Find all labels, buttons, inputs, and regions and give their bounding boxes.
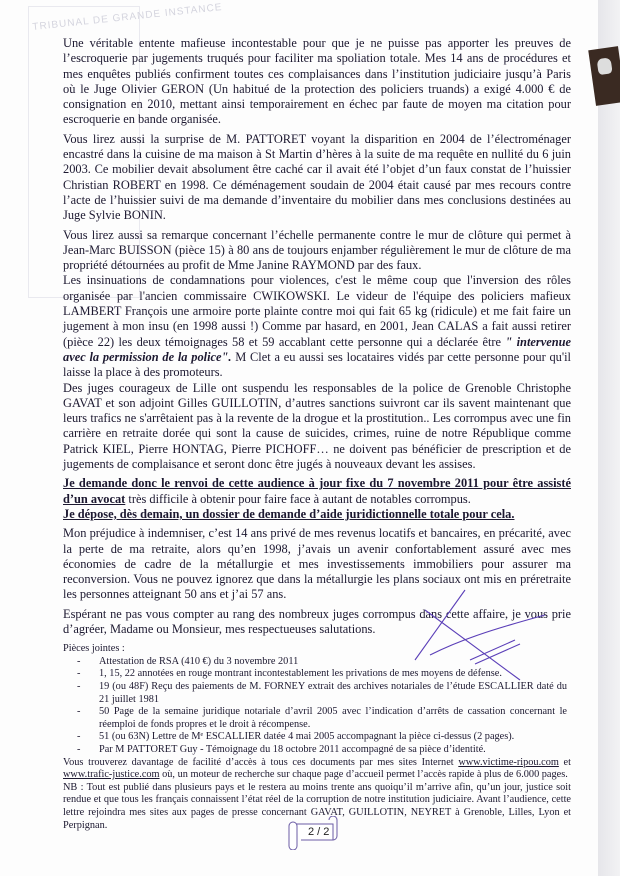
paragraph-7: Je dépose, dès demain, un dossier de dem… bbox=[63, 507, 571, 522]
paragraph-6: Je demande donc le renvoi de cette audie… bbox=[63, 476, 571, 507]
page-number-scroll: 2 / 2 bbox=[283, 816, 343, 850]
websites-note: Vous trouverez davantage de facilité d’a… bbox=[63, 757, 571, 782]
adjacent-page-edge bbox=[598, 0, 620, 876]
websites-text: Vous trouverez davantage de facilité d’a… bbox=[63, 757, 458, 768]
scanned-page: TRIBUNAL DE GRANDE INSTANCE Une véritabl… bbox=[0, 0, 599, 876]
paragraph-3: Vous lirez aussi sa remarque concernant … bbox=[63, 228, 571, 274]
letter-body: Une véritable entente mafieuse incontest… bbox=[63, 36, 571, 832]
paragraph-6-rest: très difficile à obtenir pour faire face… bbox=[125, 492, 471, 506]
attachment-item: 50 Page de la semaine juridique notarial… bbox=[63, 706, 571, 731]
attachment-item: Par M PATTORET Guy - Témoignage du 18 oc… bbox=[63, 744, 571, 757]
paragraph-1: Une véritable entente mafieuse incontest… bbox=[63, 36, 571, 128]
paragraph-2: Vous lirez aussi la surprise de M. PATTO… bbox=[63, 132, 571, 224]
paragraph-4-text: Les insinuations de condamnations pour v… bbox=[63, 273, 571, 348]
paragraph-4: Les insinuations de condamnations pour v… bbox=[63, 273, 571, 380]
site-link-victime-ripou[interactable]: www.victime-ripou.com bbox=[458, 757, 559, 768]
page-number: 2 / 2 bbox=[308, 826, 329, 838]
signature-icon bbox=[370, 580, 570, 690]
websites-and: et bbox=[559, 757, 571, 768]
attachment-item: 51 (ou 63N) Lettre de Mᵉ ESCALLIER datée… bbox=[63, 731, 571, 744]
site-link-trafic-justice[interactable]: www.trafic-justice.com bbox=[63, 769, 160, 780]
legal-aid-statement: Je dépose, dès demain, un dossier de dem… bbox=[63, 507, 514, 521]
paragraph-5: Des juges courageux de Lille ont suspend… bbox=[63, 381, 571, 473]
websites-end: où, un moteur de recherche sur chaque pa… bbox=[160, 769, 568, 780]
